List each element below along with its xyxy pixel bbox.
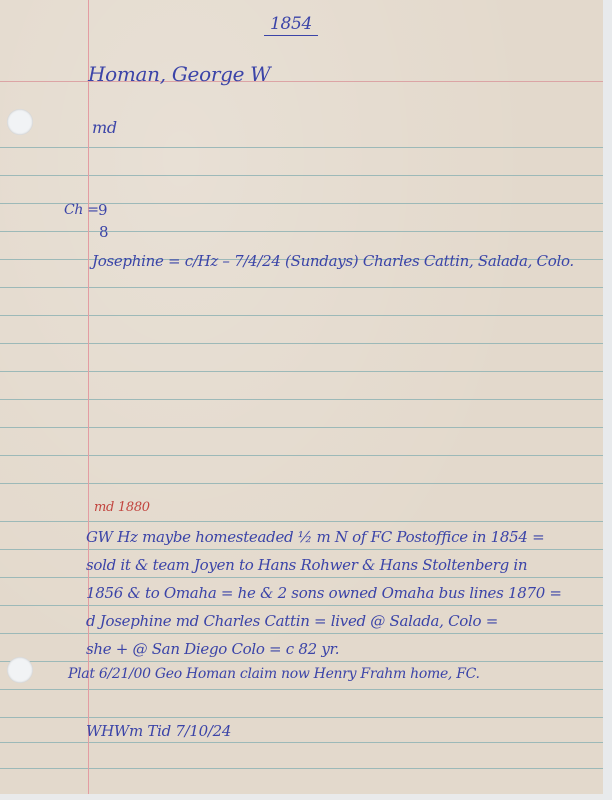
person-name: Homan, George W [88, 62, 270, 86]
binder-hole-top [7, 109, 33, 135]
rule-line [0, 427, 603, 428]
signature-date: WHWm Tid 7/10/24 [86, 722, 231, 740]
rule-line [0, 605, 603, 606]
note-line-5: she + @ San Diego Colo = c 82 yr. [86, 640, 339, 658]
rule-line [0, 521, 603, 522]
note-line-3: 1856 & to Omaha = he & 2 sons owned Omah… [86, 584, 562, 602]
rule-line [0, 399, 603, 400]
scan-background [603, 0, 612, 800]
rule-line [0, 371, 603, 372]
rule-line [0, 549, 603, 550]
rule-line [0, 287, 603, 288]
rule-line [0, 689, 603, 690]
plat-note: Plat 6/21/00 Geo Homan claim now Henry F… [68, 666, 480, 682]
rule-line [0, 768, 603, 769]
rule-line [0, 577, 603, 578]
rule-line [0, 343, 603, 344]
binder-hole-bottom [7, 657, 33, 683]
rule-line [0, 315, 603, 316]
note-line-1: GW Hz maybe homesteaded ½ m N of FC Post… [86, 528, 544, 546]
child-entry-josephine: Josephine = c/Hz – 7/4/24 (Sundays) Char… [92, 252, 574, 270]
rule-line [0, 717, 603, 718]
rule-line [0, 483, 603, 484]
married-label: md [92, 118, 117, 137]
married-year-note: md 1880 [94, 500, 150, 515]
year-heading: 1854 [264, 14, 318, 36]
rule-line [0, 175, 603, 176]
children-label: Ch = [64, 202, 99, 218]
note-line-2: sold it & team Joyen to Hans Rohwer & Ha… [86, 556, 527, 574]
children-count-2: 8 [99, 223, 108, 241]
rule-line [0, 147, 603, 148]
rule-line [0, 661, 603, 662]
note-line-4: d Josephine md Charles Cattin = lived @ … [86, 612, 498, 630]
rule-line [0, 742, 603, 743]
notebook-page: 1854 Homan, George W md Ch = 9 8 Josephi… [0, 0, 603, 794]
rule-line [0, 231, 603, 232]
rule-line [0, 633, 603, 634]
rule-line [0, 455, 603, 456]
children-count-1: 9 [98, 201, 107, 219]
